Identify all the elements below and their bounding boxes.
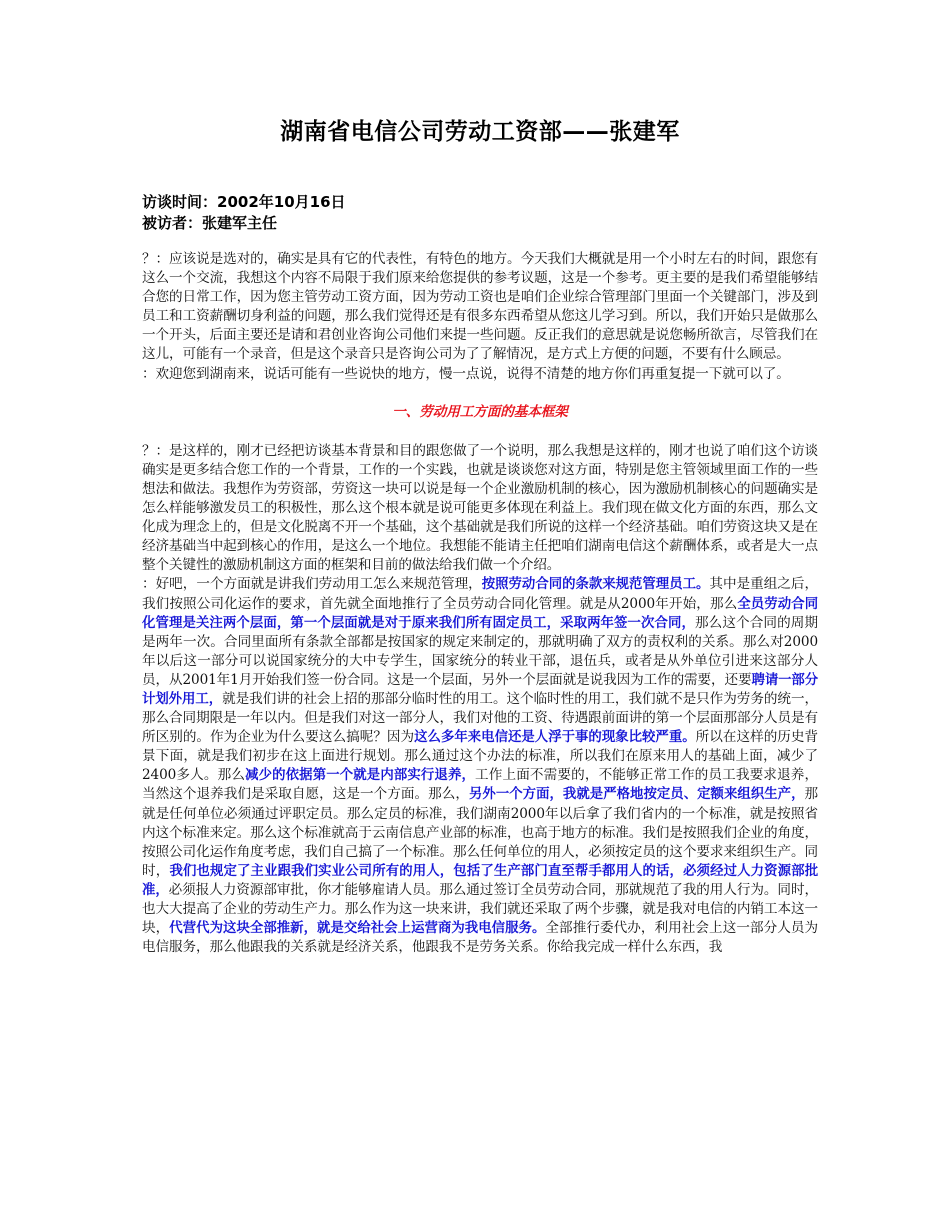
section-heading: 一、劳动用工方面的基本框架 [142,403,818,422]
interview-time-label: 访谈时间： [142,193,217,211]
interviewee-label: 被访者： [142,214,202,232]
highlighted-text: 按照劳动合同的条款来规范管理员工。 [482,577,710,592]
paragraph-answer-1: ：欢迎您到湖南来，说话可能有一些说快的地方，慢一点说，说得不清楚的地方你们再重复… [142,365,818,384]
interview-time: 访谈时间：2002年10月16日 [142,192,346,213]
highlighted-text: 代营代为这块全部推新，就是交给社会上运营商为我电信服务。 [169,921,545,936]
interviewee-value: 张建军主任 [202,214,277,232]
paragraph-answer-2: ：好吧，一个方面就是讲我们劳动用工怎么来规范管理，按照劳动合同的条款来规范管理员… [142,575,818,957]
document-title: 湖南省电信公司劳动工资部——张建军 [142,113,818,146]
highlighted-text: 减少的依据第一个就是内部实行退养， [245,768,475,783]
interview-meta: 访谈时间：2002年10月16日 被访者：张建军主任 [142,192,346,234]
highlighted-text: 这么多年来电信还是人浮于事的现象比较严重。 [414,730,696,745]
paragraph-text: ：好吧，一个方面就是讲我们劳动用工怎么来规范管理， [142,576,482,592]
paragraph-question-1: ？：应该说是选对的，确实是具有它的代表性，有特色的地方。今天我们大概就是用一个小… [142,250,818,365]
interviewee: 被访者：张建军主任 [142,213,346,234]
document-body: ？：应该说是选对的，确实是具有它的代表性，有特色的地方。今天我们大概就是用一个小… [142,250,818,957]
highlighted-text: 另外一个方面，我就是严格地按定员、定额来组织生产， [469,787,805,802]
paragraph-question-2: ？：是这样的，刚才已经把访谈基本背景和目的跟您做了一个说明，那么我想是这样的，刚… [142,442,818,576]
interview-time-value: 2002年10月16日 [217,193,346,211]
